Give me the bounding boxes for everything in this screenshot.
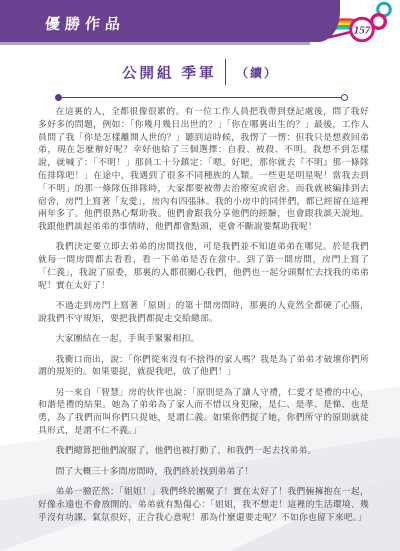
- story-paragraph: 大家團結在一起，手與手緊緊相扣。: [38, 332, 369, 345]
- title-underline: [55, 93, 348, 102]
- title-divider-bar: [225, 59, 227, 85]
- page-number: 157: [354, 25, 371, 37]
- document-page: 157 優勝作品 公開組 季軍 （續） 在這裏的人，全都很像很累的。有一位工作人…: [0, 0, 400, 551]
- section-title-row: 公開組 季軍 （續）: [0, 58, 400, 86]
- divider-line: [62, 97, 341, 99]
- story-paragraph: 在這裏的人，全都很像很累的。有一位工作人員把我帶到登記處後，問了我好多好多的問題…: [38, 105, 369, 233]
- banner-edge-highlight: [0, 42, 310, 45]
- section-title-continued: （續）: [236, 64, 278, 81]
- header-banner: 優勝作品: [0, 0, 340, 42]
- divider-left-dot-icon: [55, 94, 62, 101]
- story-article: 在這裏的人，全都很像很累的。有一位工作人員把我帶到登記處後，問了我好多好多的問題…: [38, 105, 369, 531]
- story-paragraph: 問了大概三十多間房間時，我們終於找到弟弟了！: [38, 465, 369, 478]
- divider-right-ring-icon: [341, 94, 348, 101]
- story-paragraph: 弟弟一臉茫然：「姐姐！」我們終於團聚了！實在太好了！我們倆擁抱在一起，好像永遠也…: [38, 485, 369, 523]
- section-title: 公開組 季軍: [122, 62, 217, 83]
- story-paragraph: 我們總算把他們說服了，他們也被打動了，和我們一起去找弟弟。: [38, 444, 369, 457]
- story-paragraph: 我們決定要立即去弟弟的房間找他，可是我們並不知道弟弟在哪兒。於是我們就每一間房間…: [38, 240, 369, 291]
- story-paragraph: 不過走到房門上寫著「原則」的第十間房間時，那裏的人竟然全都硬了心腸，說我們不守規…: [38, 299, 369, 325]
- story-paragraph: 我衝口而出，說：「你們從來沒有不捨得的家人嗎？我是為了弟弟才破壞你們所謂的規矩的…: [38, 353, 369, 379]
- banner-title: 優勝作品: [44, 13, 125, 34]
- story-paragraph: 另一來自「智慧」房的伙伴也說：「原則是為了讓人守禮，仁愛才是禮的中心，和諧是禮的…: [38, 386, 369, 437]
